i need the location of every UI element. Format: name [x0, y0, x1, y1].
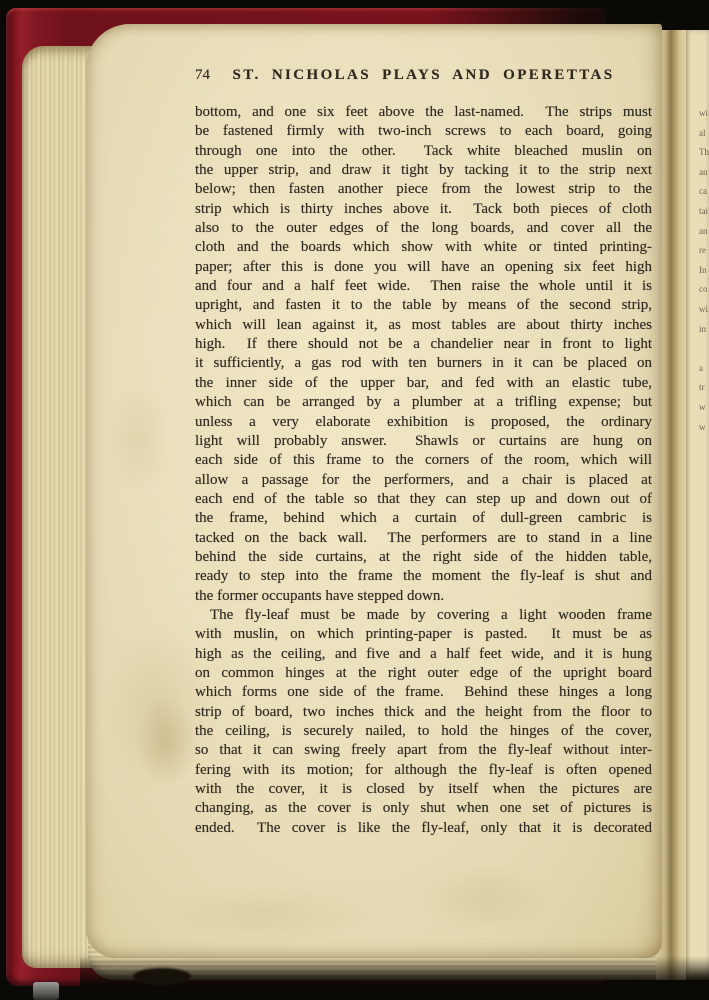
paper-stain	[156, 884, 376, 944]
text-line: so that it can swing freely apart from t…	[195, 741, 652, 760]
text-line: through one into the other. Tack white b…	[195, 142, 652, 161]
next-page-text-fragment: tai	[699, 204, 709, 218]
next-page-text-fragment	[699, 341, 709, 355]
page-number: 74	[195, 64, 210, 86]
next-page-text-fragment: tr	[699, 380, 709, 394]
text-line: it sufficiently, a gas rod with ten burn…	[195, 354, 652, 373]
text-line: The fly-leaf must be made by covering a …	[195, 606, 652, 625]
next-page-text-fragment: In	[699, 263, 709, 277]
text-line: paper; after this is done you will have …	[195, 258, 652, 277]
text-line: each end of the table so that they can s…	[195, 490, 652, 509]
text-line: high as the ceiling, and five and a half…	[195, 645, 652, 664]
text-line: tacked on the back wall. The performers …	[195, 529, 652, 548]
text-line: bottom, and one six feet above the last-…	[195, 103, 652, 122]
text-line: with muslin, on which printing-paper is …	[195, 625, 652, 644]
text-line: also to the outer edges of the long boar…	[195, 219, 652, 238]
next-page-sliver: wialThancataianreIncowiinatrww	[686, 22, 709, 980]
text-line: with the cover, it is closed by itself w…	[195, 780, 652, 799]
text-line: strip which is thirty inches above it. T…	[195, 200, 652, 219]
text-line: the ceiling, is securely nailed, to hold…	[195, 722, 652, 741]
text-column: 74 ST. NICHOLAS PLAYS AND OPERETTAS bott…	[195, 64, 652, 838]
next-page-text-fragment: a	[699, 361, 709, 375]
paper-stain	[108, 384, 168, 494]
text-line: ended. The cover is like the fly-leaf, o…	[195, 819, 652, 838]
text-line: the frame, behind which a curtain of dul…	[195, 509, 652, 528]
text-line: high. If there should not be a chandelie…	[195, 335, 652, 354]
text-line: which forms one side of the frame. Behin…	[195, 683, 652, 702]
book-cradle-clip	[33, 982, 59, 1000]
paper-stain	[416, 864, 556, 934]
text-line: the former occupants have stepped down.	[195, 587, 652, 606]
text-line: the upper strip, and draw it tight by ta…	[195, 161, 652, 180]
next-page-text-fragment: Th	[699, 145, 709, 159]
photographed-book: wialThancataianreIncowiinatrww 74 ST. NI…	[0, 0, 709, 1000]
paragraph: The fly-leaf must be made by covering a …	[195, 606, 652, 838]
text-line: strip of board, two inches thick and the…	[195, 703, 652, 722]
text-line: and four and a half feet wide. Then rais…	[195, 277, 652, 296]
text-line: cloth and the boards which show with whi…	[195, 238, 652, 257]
next-page-text-fragment: wi	[699, 302, 709, 316]
text-line: below; then fasten another piece from th…	[195, 180, 652, 199]
shadow-blob	[133, 968, 191, 985]
text-line: fering with its motion; for although the…	[195, 761, 652, 780]
text-line: ready to step into the frame the moment …	[195, 567, 652, 586]
book-page: 74 ST. NICHOLAS PLAYS AND OPERETTAS bott…	[86, 24, 662, 958]
text-line: unless a very elaborate exhibition is pr…	[195, 413, 652, 432]
text-line: changing, as the cover is only shut when…	[195, 799, 652, 818]
text-line: which will lean against it, as most tabl…	[195, 316, 652, 335]
next-page-text-fragment: al	[699, 126, 709, 140]
next-page-text-fragment: an	[699, 165, 709, 179]
text-line: the inner side of the upper bar, and fed…	[195, 374, 652, 393]
text-line: which can be arranged by a plumber at a …	[195, 393, 652, 412]
text-line: light will probably answer. Shawls or cu…	[195, 432, 652, 451]
next-page-text-fragment: re	[699, 243, 709, 257]
next-page-text-fragment: wi	[699, 106, 709, 120]
text-line: behind the side curtains, at the right s…	[195, 548, 652, 567]
text-line: be fastened firmly with two-inch screws …	[195, 122, 652, 141]
text-line: allow a passage for the performers, and …	[195, 471, 652, 490]
next-page-text-fragment: in	[699, 322, 709, 336]
running-title: ST. NICHOLAS PLAYS AND OPERETTAS	[195, 64, 652, 86]
next-page-text-fragment: co	[699, 282, 709, 296]
text-line: upright, and fasten it to the table by m…	[195, 296, 652, 315]
page-fore-edges-left	[22, 46, 92, 968]
paragraph: bottom, and one six feet above the last-…	[195, 103, 652, 606]
next-page-text-fragment: w	[699, 420, 709, 434]
next-page-text-fragment: ca	[699, 184, 709, 198]
page-header: 74 ST. NICHOLAS PLAYS AND OPERETTAS	[195, 64, 652, 86]
text-line: on common hinges at the right outer edge…	[195, 664, 652, 683]
next-page-text-fragment: w	[699, 400, 709, 414]
text-line: each side of this frame to the corners o…	[195, 451, 652, 470]
text-body: bottom, and one six feet above the last-…	[195, 103, 652, 838]
next-page-text-fragment: an	[699, 224, 709, 238]
paper-stain	[134, 696, 198, 788]
